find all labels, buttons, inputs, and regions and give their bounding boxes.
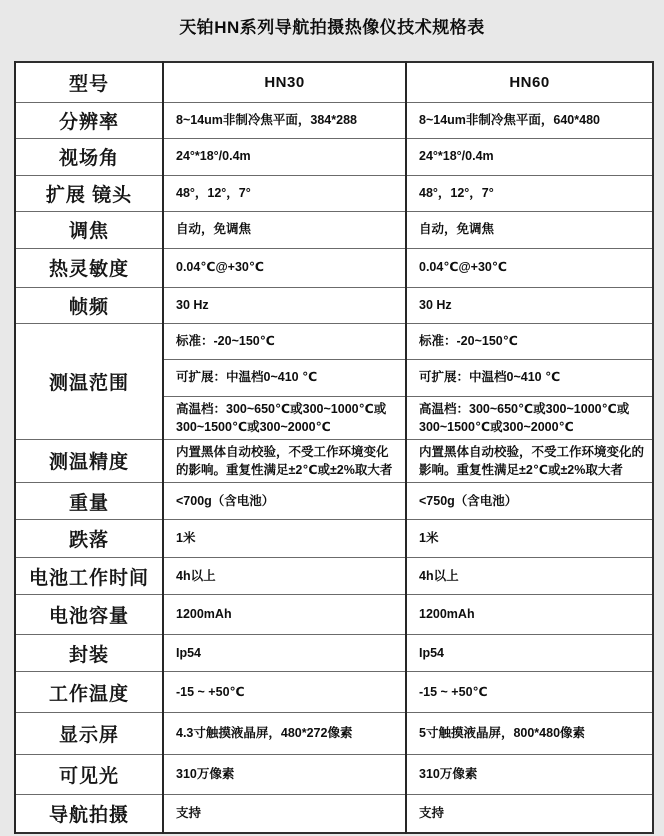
row-temp-accuracy: 测温精度 内置黑体自动校验，不受工作环境变化的影响。重复性满足±2℃或±2%取大… — [15, 439, 653, 482]
hn60-value: 自动，免调焦 — [406, 211, 653, 248]
row-field-of-view: 视场角 24°*18°/0.4m 24°*18°/0.4m — [15, 138, 653, 175]
row-enclosure: 封装 Ip54 Ip54 — [15, 635, 653, 672]
row-label: 视场角 — [15, 138, 163, 175]
hn60-value: 内置黑体自动校验，不受工作环境变化的影响。重复性满足±2℃或±2%取大者 — [406, 439, 653, 482]
row-battery-capacity: 电池容量 1200mAh 1200mAh — [15, 595, 653, 635]
row-label: 分辨率 — [15, 102, 163, 138]
hn30-value: 可扩展：中温档0~410 ℃ — [163, 359, 406, 396]
header-row: 型号 HN30 HN60 — [15, 62, 653, 102]
hn30-value: <700g（含电池） — [163, 483, 406, 520]
row-label: 测温精度 — [15, 439, 163, 482]
row-operating-temp: 工作温度 -15 ~ +50℃ -15 ~ +50℃ — [15, 672, 653, 713]
row-weight: 重量 <700g（含电池） <750g（含电池） — [15, 483, 653, 520]
hn30-value: 4h以上 — [163, 558, 406, 595]
row-extended-lens: 扩展 镜头 48°，12°，7° 48°，12°，7° — [15, 175, 653, 211]
hn60-value: 30 Hz — [406, 287, 653, 323]
row-label: 热灵敏度 — [15, 248, 163, 287]
row-battery-time: 电池工作时间 4h以上 4h以上 — [15, 558, 653, 595]
hn60-value: 高温档：300~650℃或300~1000℃或300~1500℃或300~200… — [406, 396, 653, 439]
hn60-value: -15 ~ +50℃ — [406, 672, 653, 713]
row-label: 调焦 — [15, 211, 163, 248]
row-temp-range-standard: 测温范围 标准：-20~150℃ 标准：-20~150℃ — [15, 323, 653, 359]
row-label: 重量 — [15, 483, 163, 520]
hn60-value: 1米 — [406, 520, 653, 558]
hn30-value: 310万像素 — [163, 755, 406, 795]
hn60-value: 可扩展：中温档0~410 ℃ — [406, 359, 653, 396]
spec-table: 型号 HN30 HN60 分辨率 8~14um非制冷焦平面，384*288 8~… — [14, 61, 654, 834]
hn60-value: Ip54 — [406, 635, 653, 672]
hn60-value: <750g（含电池） — [406, 483, 653, 520]
row-label: 封装 — [15, 635, 163, 672]
row-focus: 调焦 自动，免调焦 自动，免调焦 — [15, 211, 653, 248]
header-model-label: 型号 — [15, 62, 163, 102]
hn30-value: 0.04℃@+30℃ — [163, 248, 406, 287]
row-label: 电池工作时间 — [15, 558, 163, 595]
row-label: 显示屏 — [15, 713, 163, 755]
hn30-value: 标准：-20~150℃ — [163, 323, 406, 359]
row-display: 显示屏 4.3寸触摸液晶屏，480*272像素 5寸触摸液晶屏，800*480像… — [15, 713, 653, 755]
hn60-value: 310万像素 — [406, 755, 653, 795]
hn60-value: 4h以上 — [406, 558, 653, 595]
hn60-value: 48°，12°，7° — [406, 175, 653, 211]
hn30-value: 4.3寸触摸液晶屏，480*272像素 — [163, 713, 406, 755]
row-label: 导航拍摄 — [15, 795, 163, 833]
hn30-value: 内置黑体自动校验，不受工作环境变化的影响。重复性满足±2℃或±2%取大者 — [163, 439, 406, 482]
hn60-value: 5寸触摸液晶屏，800*480像素 — [406, 713, 653, 755]
hn30-value: 48°，12°，7° — [163, 175, 406, 211]
hn30-value: 30 Hz — [163, 287, 406, 323]
row-visible-light: 可见光 310万像素 310万像素 — [15, 755, 653, 795]
hn30-value: 1200mAh — [163, 595, 406, 635]
page-title: 天铂HN系列导航拍摄热像仪技术规格表 — [0, 0, 664, 38]
row-label: 可见光 — [15, 755, 163, 795]
row-navigation-shooting: 导航拍摄 支持 支持 — [15, 795, 653, 833]
hn30-value: 1米 — [163, 520, 406, 558]
hn60-value: 支持 — [406, 795, 653, 833]
row-label: 帧频 — [15, 287, 163, 323]
hn30-value: 高温档：300~650℃或300~1000℃或300~1500℃或300~200… — [163, 396, 406, 439]
hn60-value: 标准：-20~150℃ — [406, 323, 653, 359]
hn30-value: Ip54 — [163, 635, 406, 672]
header-hn30: HN30 — [163, 62, 406, 102]
hn60-value: 8~14um非制冷焦平面，640*480 — [406, 102, 653, 138]
row-label: 电池容量 — [15, 595, 163, 635]
hn60-value: 1200mAh — [406, 595, 653, 635]
row-label: 跌落 — [15, 520, 163, 558]
hn30-value: 支持 — [163, 795, 406, 833]
row-thermal-sensitivity: 热灵敏度 0.04℃@+30℃ 0.04℃@+30℃ — [15, 248, 653, 287]
row-label: 工作温度 — [15, 672, 163, 713]
row-label: 扩展 镜头 — [15, 175, 163, 211]
row-resolution: 分辨率 8~14um非制冷焦平面，384*288 8~14um非制冷焦平面，64… — [15, 102, 653, 138]
header-hn60: HN60 — [406, 62, 653, 102]
hn30-value: 自动，免调焦 — [163, 211, 406, 248]
hn30-value: 8~14um非制冷焦平面，384*288 — [163, 102, 406, 138]
hn30-value: 24°*18°/0.4m — [163, 138, 406, 175]
hn30-value: -15 ~ +50℃ — [163, 672, 406, 713]
row-frame-rate: 帧频 30 Hz 30 Hz — [15, 287, 653, 323]
hn60-value: 24°*18°/0.4m — [406, 138, 653, 175]
row-label-temp-range: 测温范围 — [15, 323, 163, 439]
row-drop: 跌落 1米 1米 — [15, 520, 653, 558]
hn60-value: 0.04℃@+30℃ — [406, 248, 653, 287]
